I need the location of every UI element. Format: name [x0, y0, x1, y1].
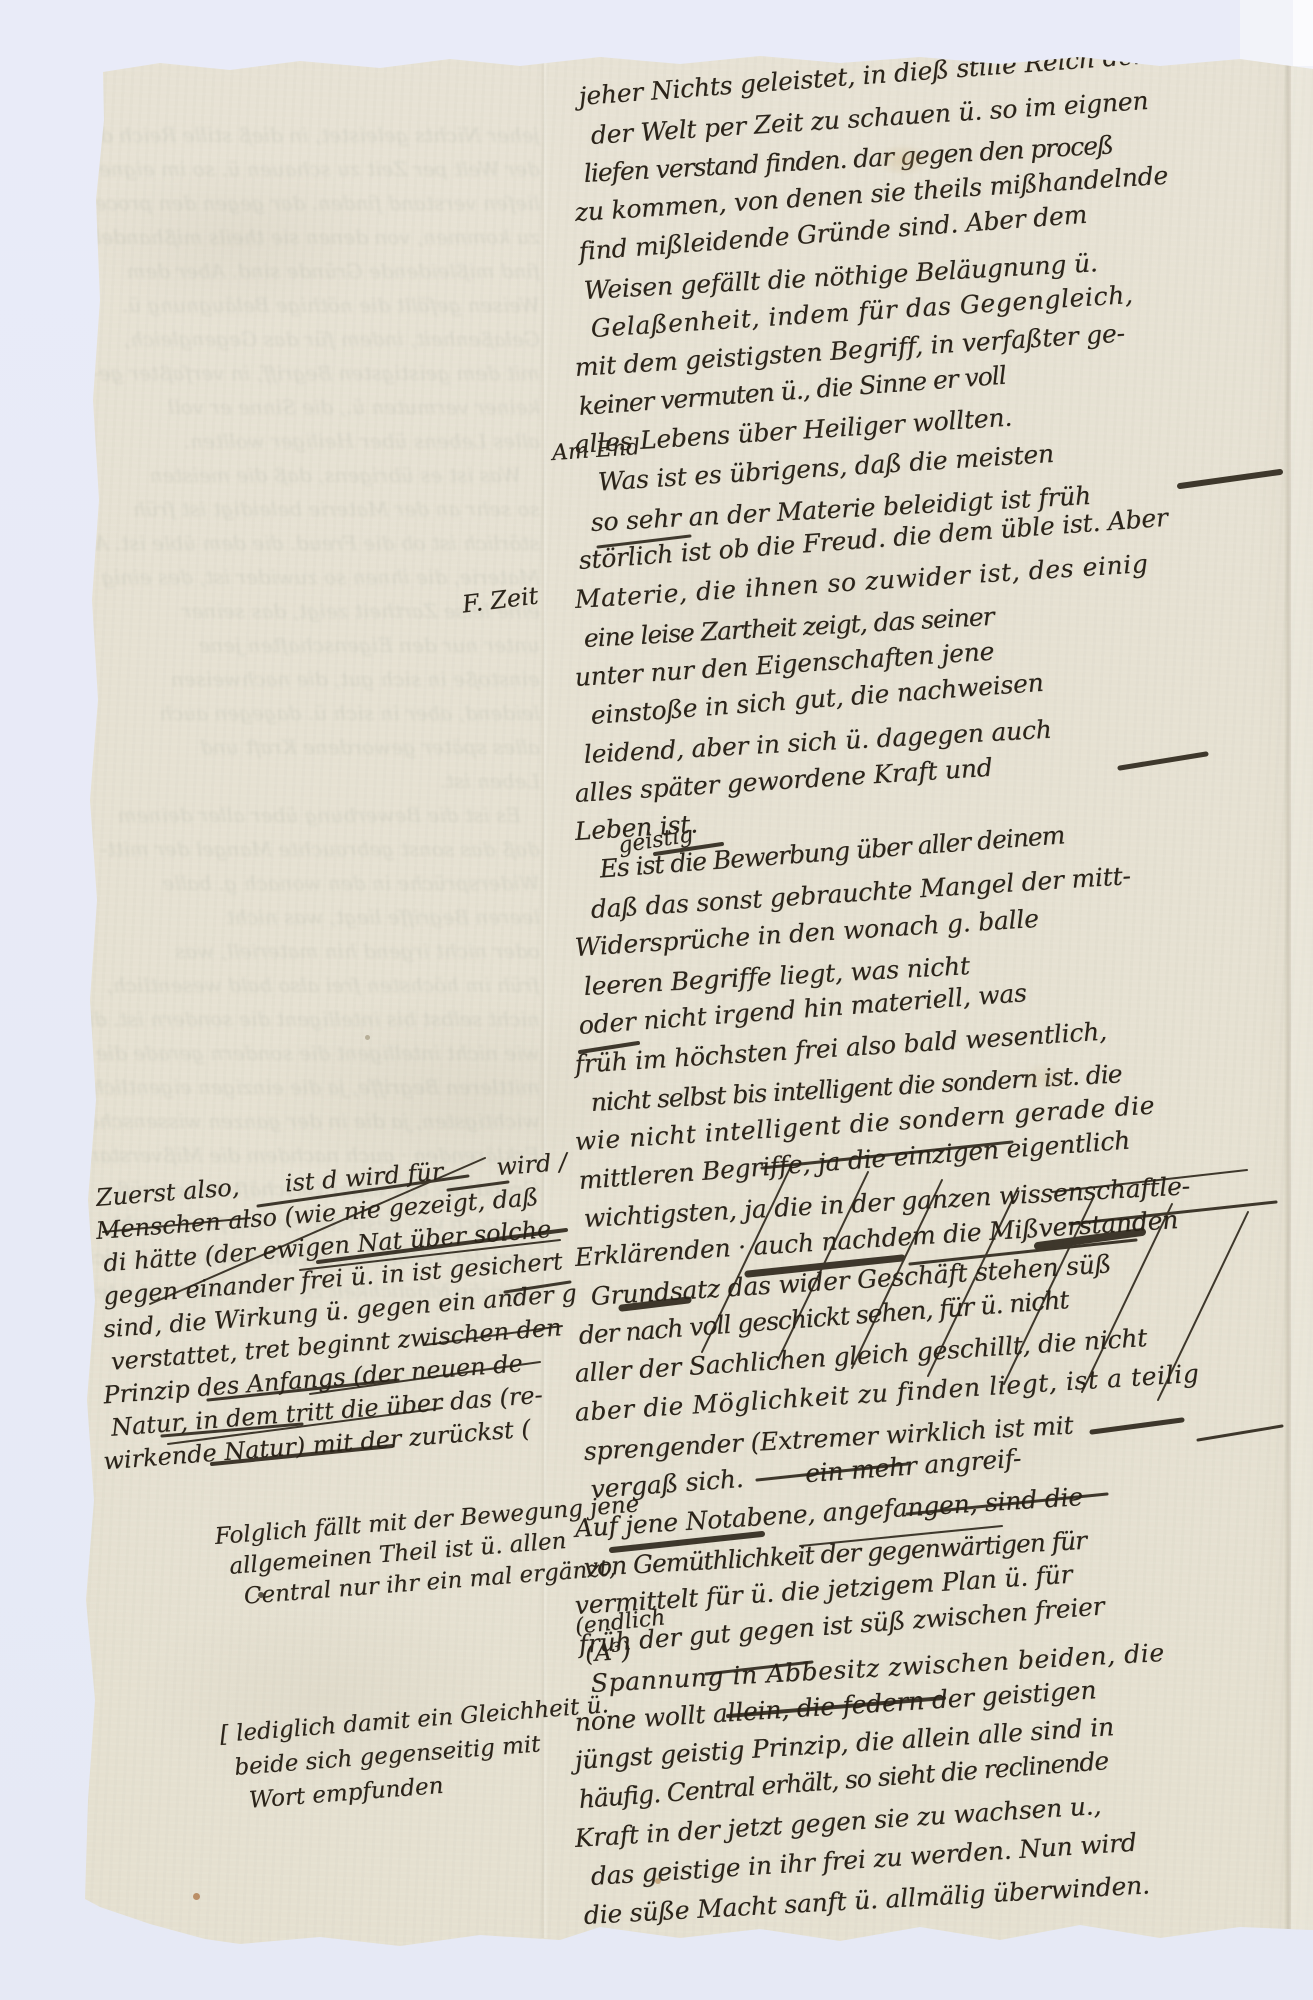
bleed-through-line: oder nicht irgend hin materiell, was [80, 934, 540, 968]
bleed-through-line: wie nicht intelligent die sondern gerade… [80, 1036, 540, 1070]
bleed-through-line: mittleren Begriffe, ja die einzigen eige… [80, 1070, 540, 1104]
bleed-through-text: jeher Nichts geleistet, in dieß stille R… [80, 118, 540, 1298]
bleed-through-line: zu kommen, von denen sie theils mißhande… [80, 220, 540, 254]
bleed-through-line: früh im höchsten frei also bald wesentli… [80, 968, 540, 1002]
bleed-through-line: einstoße in sich gut, die nachweisen [80, 662, 540, 696]
paper-stain [868, 138, 938, 182]
bleed-through-line: unter nur den Eigenschaften jene [80, 628, 540, 662]
bleed-through-line: jeher Nichts geleistet, in dieß stille R… [80, 118, 540, 152]
draft-block-folglich: Folglich fällt mit der Bewegung jene all… [215, 1522, 675, 1615]
background-white-corner [1293, 0, 1313, 66]
bleed-through-line: so sehr an der Materie beleidigt ist frü… [80, 492, 540, 526]
draft-block-lediglich: [ lediglich damit ein Gleichheit ü. beid… [220, 1718, 640, 1820]
bleed-through-line: keiner vermuten ü., die Sinne er voll [80, 390, 540, 424]
margin-note-a3: (A³) [584, 1636, 632, 1667]
bleed-through-line: wichtigsten, ja die in der ganzen wissen… [80, 1104, 540, 1138]
paper-stain [1015, 1058, 1073, 1098]
draft-block-zuerst-also: Zuerst also, ist d wird für wird /Mensch… [96, 1182, 596, 1479]
foxing-dot [655, 1878, 661, 1884]
bleed-through-line: der Welt per Zeit zu schauen ü. so im ei… [80, 152, 540, 186]
manuscript-paper: jeher Nichts geleistet, in dieß stille R… [0, 0, 1313, 2000]
ink-spot [258, 1592, 264, 1598]
bleed-through-line: Leben ist. [80, 764, 540, 798]
bleed-through-line: Weisen gefällt die nöthige Beläugnung ü. [80, 288, 540, 322]
foxing-dot [193, 1893, 200, 1900]
bleed-through-line: alles später gewordene Kraft und [80, 730, 540, 764]
center-fold-crease [540, 58, 548, 1938]
bleed-through-line: find mißleidende Gründe sind. Aber dem [80, 254, 540, 288]
bleed-through-line: störlich ist ob die Freud. die dem üble … [80, 526, 540, 560]
main-text-column: jeher Nichts geleistet, in dieß stille R… [575, 78, 1305, 1936]
bleed-through-line: liefen verstand finden. dar gegen den pr… [80, 186, 540, 220]
bleed-through-line: mit dem geistigsten Begriff, in verfaßte… [80, 356, 540, 390]
bleed-through-line: alles Lebens über Heiliger wollten. [80, 424, 540, 458]
bleed-through-line: Widersprüche in den wonach g. balle [80, 866, 540, 900]
paper-speck [365, 1035, 370, 1040]
bleed-through-line: daß das sonst gebrauchte Mangel der mitt… [80, 832, 540, 866]
bleed-through-line: nicht selbst bis intelligent die sondern… [80, 1002, 540, 1036]
bleed-through-line: Es ist die Bewerbung über aller deinem [80, 798, 540, 832]
bleed-through-line: leidend, aber in sich ü. dagegen auch [80, 696, 540, 730]
bleed-through-line: leeren Begriffe liegt, was nicht [80, 900, 540, 934]
bleed-through-line: Gelaßenheit, indem für das Gegengleich, [80, 322, 540, 356]
bleed-through-line: Was ist es übrigens, daß die meisten [80, 458, 540, 492]
manuscript-scan: jeher Nichts geleistet, in dieß stille R… [0, 0, 1313, 2000]
